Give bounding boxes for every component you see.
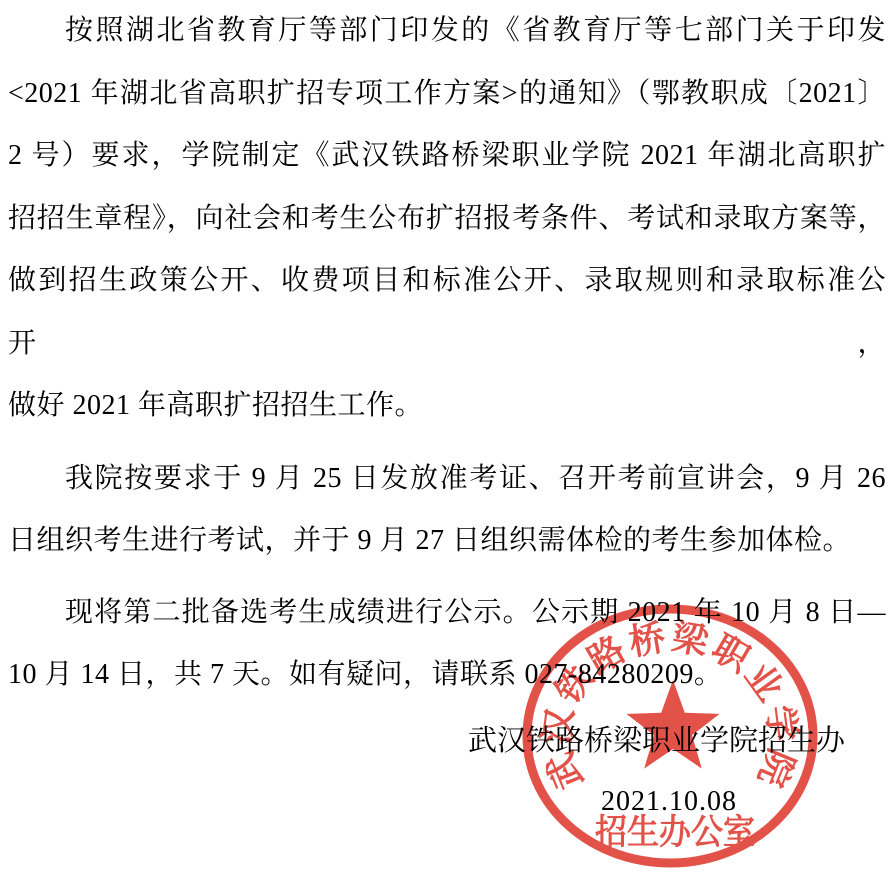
body-line: 按照湖北省教育厅等部门印发的《省教育厅等七部门关于印发 [8, 0, 886, 63]
official-seal-stamp: 武汉铁路桥梁职业学院 招生办公室 [520, 594, 820, 878]
seal-office-text: 招生办公室 [595, 813, 755, 852]
body-line: 我院按要求于 9 月 25 日发放准考证、召开考前宣讲会，9 月 26 [8, 448, 886, 511]
body-line: 做到招生政策公开、收费项目和标准公开、录取规则和录取标准公开， [8, 250, 886, 375]
body-line: 日组织考生进行考试，并于 9 月 27 日组织需体检的考生参加体检。 [8, 510, 886, 573]
body-line: 2 号）要求，学院制定《武汉铁路桥梁职业学院 2021 年湖北高职扩 [8, 125, 886, 188]
body-line: 招招生章程》，向社会和考生公布扩招报考条件、考试和录取方案等， [8, 188, 886, 251]
paragraph-policy: 按照湖北省教育厅等部门印发的《省教育厅等七部门关于印发 <2021 年湖北省高职… [8, 0, 886, 438]
body-line: 做好 2021 年高职扩招招生工作。 [8, 375, 886, 438]
body-line: <2021 年湖北省高职扩招专项工作方案>的通知》（鄂教职成〔2021〕 [8, 63, 886, 126]
paragraph-schedule: 我院按要求于 9 月 25 日发放准考证、召开考前宣讲会，9 月 26 日组织考… [8, 448, 886, 573]
seal-star-icon [626, 680, 719, 769]
